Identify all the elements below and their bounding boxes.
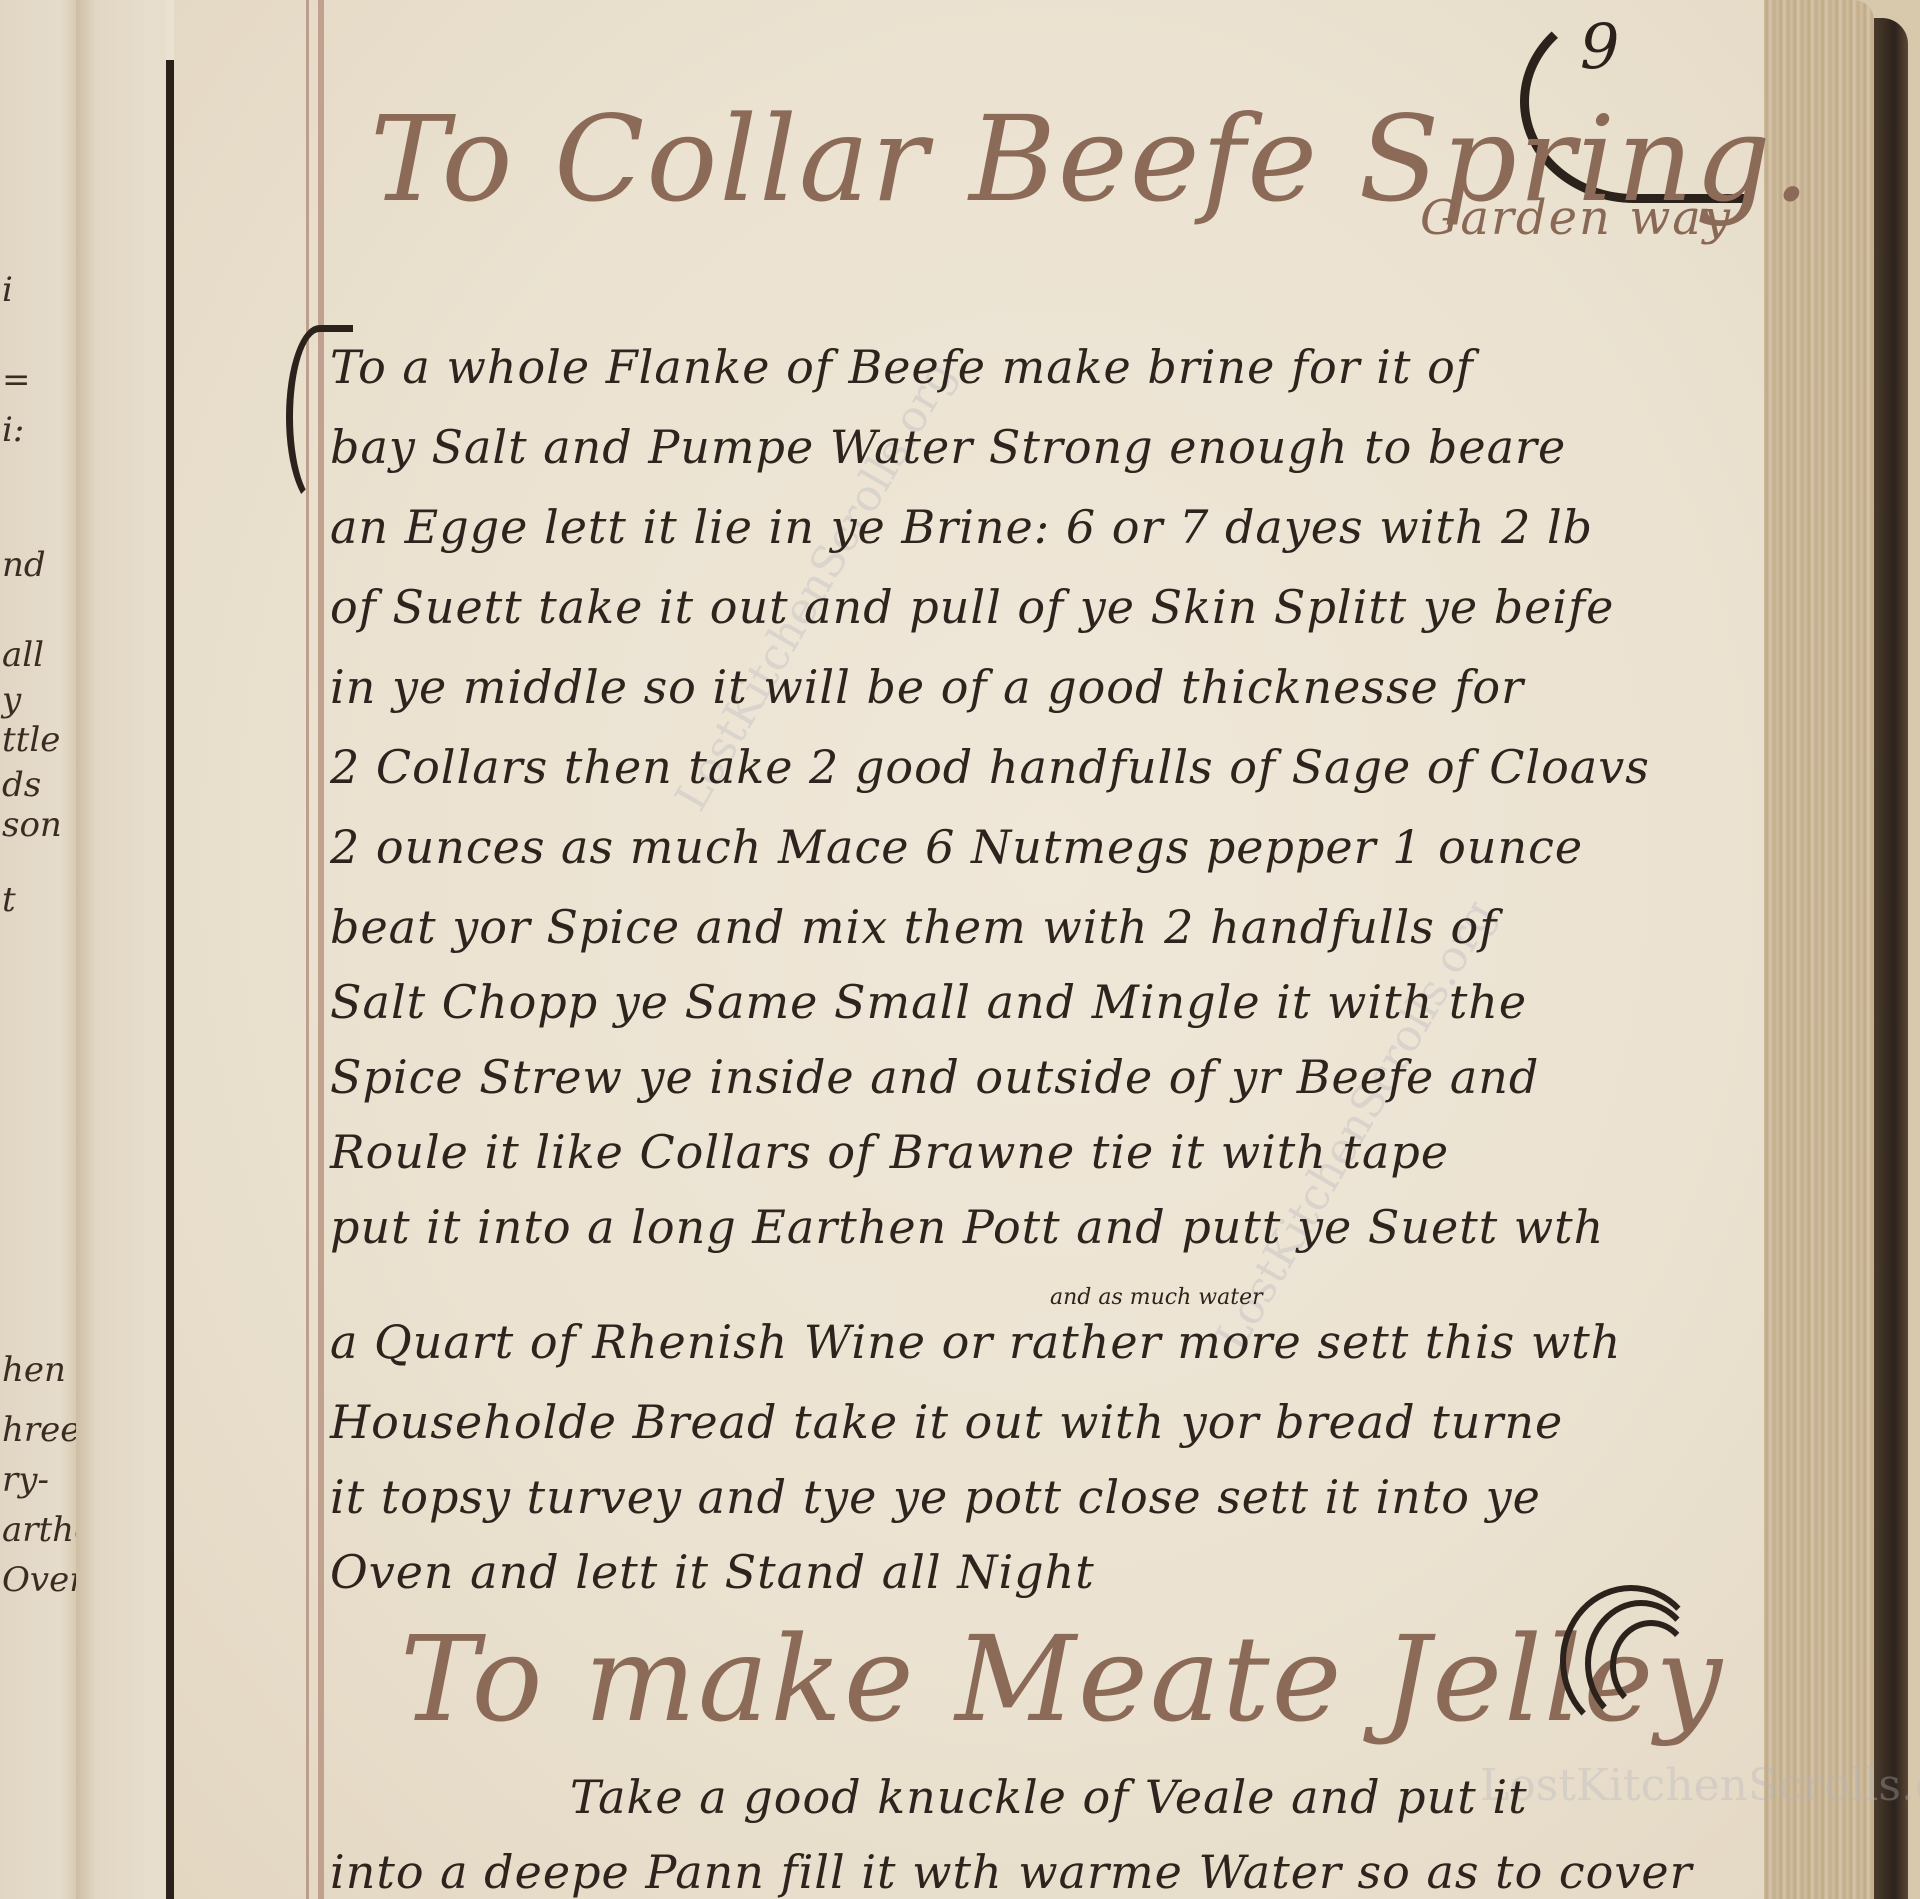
left-fragment-text: = xyxy=(2,360,31,400)
left-page-fragment: i = i: nd all y ttle ds son t hen hree r… xyxy=(0,0,76,1899)
left-fragment-text: i: xyxy=(2,410,24,450)
page-number: 9 xyxy=(1580,10,1619,83)
recipe-title: To make Meate Jelley xyxy=(400,1610,1724,1748)
title-flourish xyxy=(1560,1585,1710,1725)
left-fragment-text: hree xyxy=(2,1410,76,1450)
left-fragment-text: ds xyxy=(2,765,41,805)
text-line: To a whole Flanke of Beefe make brine fo… xyxy=(330,340,1474,394)
page-edges xyxy=(1764,0,1874,1899)
book-cover-edge xyxy=(1874,18,1908,1899)
left-fragment-text: ry- xyxy=(2,1460,49,1500)
text-line: it topsy turvey and tye ye pott close se… xyxy=(330,1470,1541,1524)
left-fragment-text: y xyxy=(2,680,21,720)
recipe-title-continuation: Garden way xyxy=(1420,190,1732,246)
left-fragment-text: arthen xyxy=(2,1510,76,1550)
gutter-ink-rule xyxy=(166,60,174,1899)
left-fragment-text: son xyxy=(2,805,62,845)
text-line: bay Salt and Pumpe Water Strong enough t… xyxy=(330,420,1566,474)
text-line: put it into a long Earthen Pott and putt… xyxy=(330,1200,1604,1254)
text-line: of Suett take it out and pull of ye Skin… xyxy=(330,580,1614,634)
text-line: Take a good knuckle of Veale and put it xyxy=(570,1770,1528,1824)
left-fragment-text: ttle xyxy=(2,720,60,760)
watermark: LostKitchenScrolls.org xyxy=(1480,1760,1920,1811)
left-fragment-text: i xyxy=(2,270,13,310)
left-fragment-text: t xyxy=(2,880,16,920)
book-gutter xyxy=(76,0,166,1899)
interlinear-insertion: and as much water xyxy=(1050,1285,1263,1310)
margin-rule xyxy=(318,0,324,1899)
text-line: an Egge lett it lie in ye Brine: 6 or 7 … xyxy=(330,500,1593,554)
text-line: Roule it like Collars of Brawne tie it w… xyxy=(330,1125,1449,1179)
text-line: Spice Strew ye inside and outside of yr … xyxy=(330,1050,1539,1104)
margin-rule xyxy=(306,0,309,1899)
text-line: into a deepe Pann fill it wth warme Wate… xyxy=(330,1845,1693,1899)
text-line: in ye middle so it will be of a good thi… xyxy=(330,660,1524,714)
text-line: Salt Chopp ye Same Small and Mingle it w… xyxy=(330,975,1527,1029)
left-fragment-text: nd xyxy=(2,545,46,585)
left-fragment-text: all xyxy=(2,635,44,675)
text-line: 2 ounces as much Mace 6 Nutmegs pepper 1… xyxy=(330,820,1583,874)
text-line: beat yor Spice and mix them with 2 handf… xyxy=(330,900,1497,954)
text-line: Oven and lett it Stand all Night xyxy=(330,1545,1095,1599)
text-line: Householde Bread take it out with yor br… xyxy=(330,1395,1563,1449)
left-fragment-text: hen xyxy=(2,1350,66,1390)
text-line: 2 Collars then take 2 good handfulls of … xyxy=(330,740,1650,794)
text-line: a Quart of Rhenish Wine or rather more s… xyxy=(330,1315,1621,1369)
left-fragment-text: Oven xyxy=(2,1560,76,1600)
